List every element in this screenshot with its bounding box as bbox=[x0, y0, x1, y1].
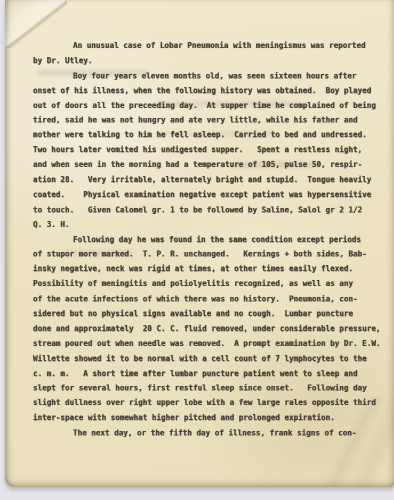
text-line: An unusual case of Lobar Pneumonia with … bbox=[33, 39, 385, 54]
text-line: onset of his illness, when the following… bbox=[33, 84, 385, 99]
text-line: insky negative, neck was rigid at times,… bbox=[33, 262, 385, 277]
text-line: tired, said he was not hungry and ate ve… bbox=[33, 114, 385, 129]
typewritten-text-block: An unusual case of Lobar Pneumonia with … bbox=[33, 39, 385, 441]
text-line: Willette showed it to be normal with a c… bbox=[33, 352, 385, 367]
text-line: done and approximately 20 C. C. fluid re… bbox=[33, 322, 385, 337]
text-line: stream poured out when needle was remove… bbox=[33, 337, 385, 352]
text-line: Boy four years eleven months old, was se… bbox=[33, 69, 385, 84]
text-line: sidered but no physical signs available … bbox=[33, 307, 385, 322]
text-line: of stupor more marked. T. P. R. unchange… bbox=[33, 248, 385, 263]
text-line: to touch. Given Calomel gr. 1 to be foll… bbox=[33, 203, 385, 218]
document-page: An unusual case of Lobar Pneumonia with … bbox=[5, 0, 394, 487]
text-line: inter-space with somewhat higher pitched… bbox=[33, 411, 385, 426]
text-line: of the acute infections of which there w… bbox=[33, 292, 385, 307]
scan-background: An unusual case of Lobar Pneumonia with … bbox=[0, 0, 394, 500]
text-line: by Dr. Utley. bbox=[33, 54, 385, 69]
text-line: mother were talking to him he fell aslee… bbox=[33, 128, 385, 143]
text-line: slight dullness over right upper lobe wi… bbox=[33, 396, 385, 411]
text-line: Two hours later vomited his undigested s… bbox=[33, 143, 385, 158]
text-line: slept for several hours, first restful s… bbox=[33, 382, 385, 397]
text-line: Following day he was found in the same c… bbox=[33, 233, 385, 248]
text-line: and when seen in the morning had a tempe… bbox=[33, 158, 385, 173]
text-line: out of doors all the preceeding day. At … bbox=[33, 98, 385, 113]
text-line: The next day, or the fifth day of illnes… bbox=[33, 426, 385, 441]
text-line: coated. Physical examination negative ex… bbox=[33, 188, 385, 203]
text-line: c. m. m. A short time after lumbar punct… bbox=[33, 367, 385, 382]
text-line: Possibility of meningitis and poliolyeli… bbox=[33, 277, 385, 292]
text-line: Q. 3. H. bbox=[33, 217, 385, 232]
text-line: ation 28. Very irritable, alternately br… bbox=[33, 173, 385, 188]
